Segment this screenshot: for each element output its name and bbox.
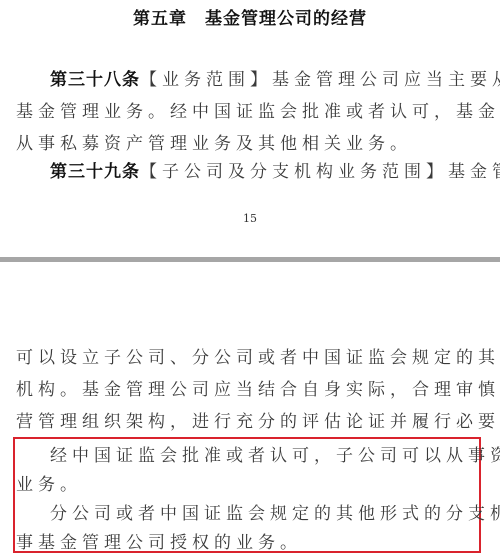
article-heading: 【业务范围】 xyxy=(140,70,272,90)
article-39-line-1: 第三十九条【子公司及分支机构业务范围】基金管理公司 xyxy=(50,157,500,182)
article-heading: 【子公司及分支机构业务范围】 xyxy=(140,162,448,182)
highlighted-line-1: 经中国证监会批准或者认可，子公司可以从事资产管理相关 xyxy=(50,441,500,466)
article-number: 第三十九条 xyxy=(50,162,140,182)
article-38-line-3: 从事私募资产管理业务及其他相关业务。 xyxy=(16,129,486,154)
chapter-title: 第五章基金管理公司的经营 xyxy=(0,4,500,29)
highlighted-line-4: 事基金管理公司授权的业务。 xyxy=(16,528,486,553)
article-39-line-4: 营管理组织架构，进行充分的评估论证并履行必要的决策程序。 xyxy=(16,407,486,432)
article-39-line-3: 机构。基金管理公司应当结合自身实际，合理审慎构建和完善经 xyxy=(16,375,486,400)
article-number: 第三十八条 xyxy=(50,70,140,90)
article-38-line-2: 基金管理业务。经中国证监会批准或者认可，基金管理公司可以 xyxy=(16,97,486,122)
article-38-line-1: 第三十八条【业务范围】基金管理公司应当主要从事公募 xyxy=(50,65,500,90)
chapter-number: 第五章 xyxy=(133,9,187,29)
highlighted-line-2: 业务。 xyxy=(16,470,486,495)
chapter-name: 基金管理公司的经营 xyxy=(205,9,367,29)
highlighted-line-3: 分公司或者中国证监会规定的其他形式的分支机构，可以从 xyxy=(50,499,500,524)
article-39-line-2: 可以设立子公司、分公司或者中国证监会规定的其他形式的分支 xyxy=(16,343,486,368)
page-divider xyxy=(0,257,500,262)
page-number: 15 xyxy=(0,212,500,225)
